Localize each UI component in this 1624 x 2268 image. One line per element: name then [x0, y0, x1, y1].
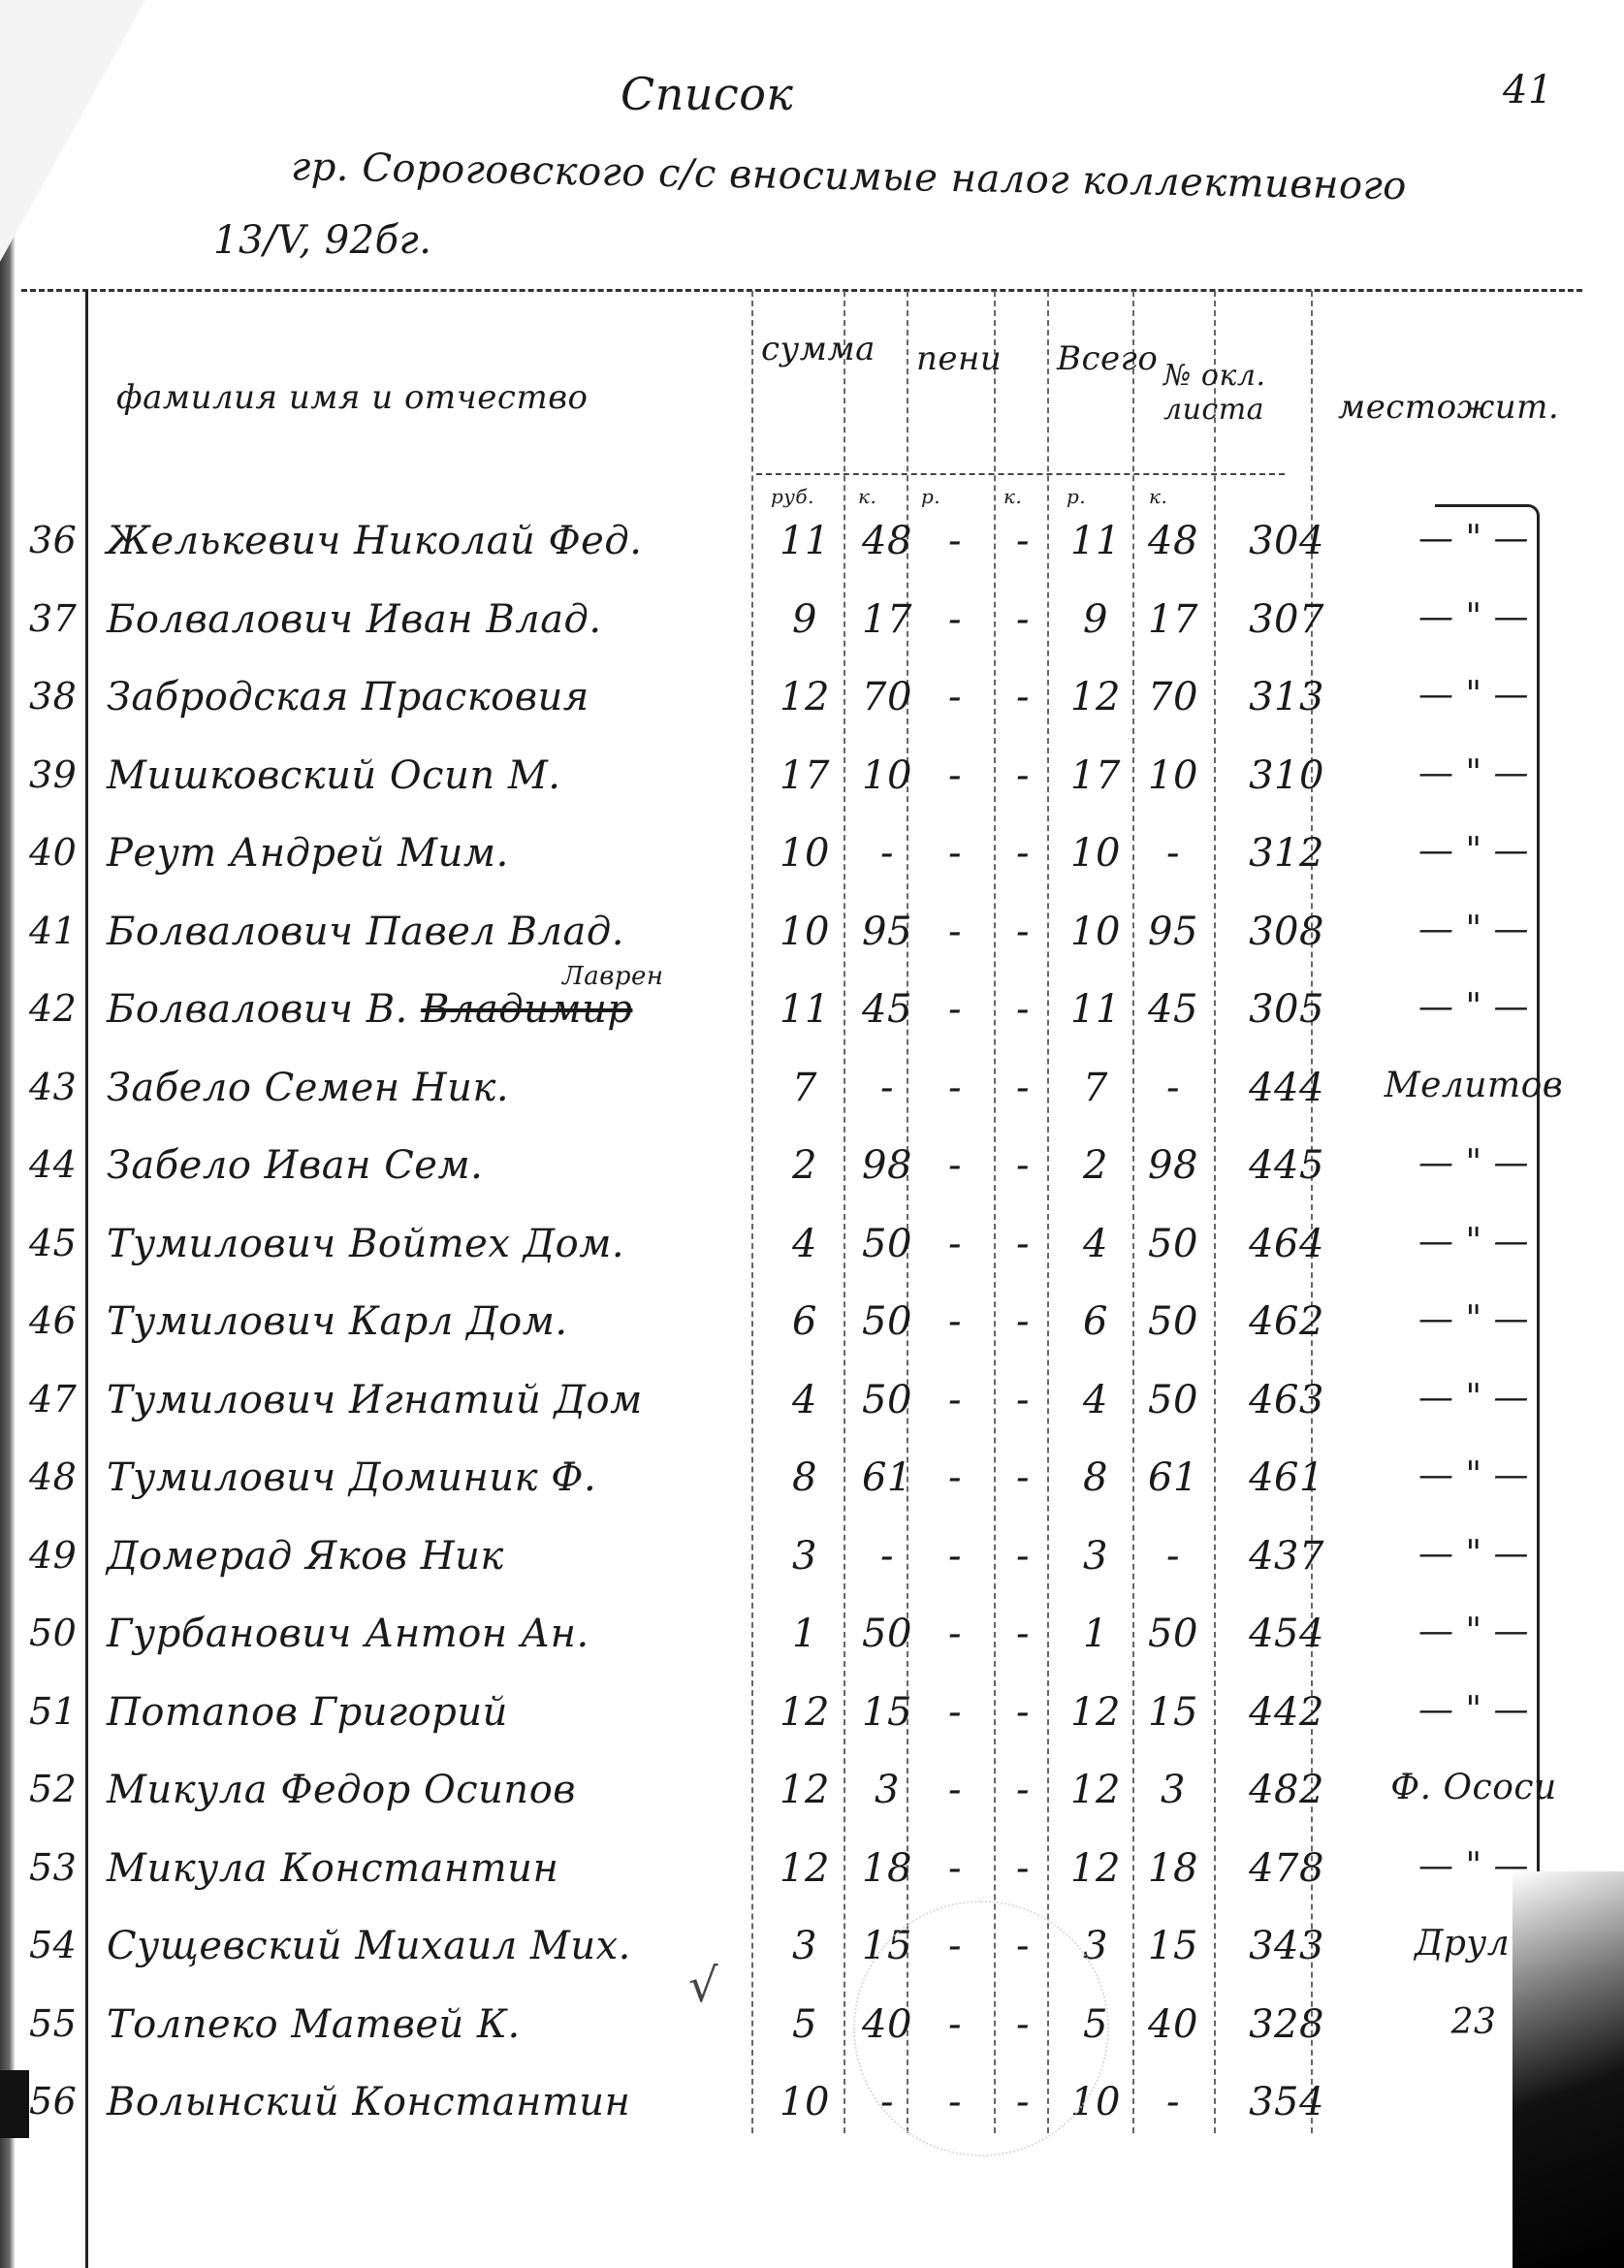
paper-fold-corner: [0, 0, 145, 262]
list-number: 313: [1224, 675, 1350, 719]
penalty-kopecks: -: [999, 1768, 1047, 1812]
sum-rubles: 11: [776, 987, 834, 1032]
penalty-rubles: -: [926, 1143, 984, 1188]
person-name-text: Болвалович В.: [107, 987, 408, 1032]
subheader-rule: [756, 473, 1285, 475]
table-row: 55Толпеко Матвей К.540--54032823: [0, 2002, 1624, 2080]
row-number: 56: [29, 2080, 77, 2123]
total-rubles: 3: [1067, 1534, 1125, 1579]
total-rubles: 11: [1067, 519, 1125, 563]
list-number: 461: [1224, 1455, 1350, 1500]
person-name: Тумилович Доминик Ф.: [107, 1455, 596, 1500]
list-number: 307: [1224, 597, 1350, 642]
sum-rubles: 6: [776, 1299, 834, 1344]
table-row: 42Болвалович В. ВладимирЛаврен1145--1145…: [0, 987, 1624, 1065]
penalty-kopecks: -: [999, 987, 1047, 1032]
total-rubles: 12: [1067, 675, 1125, 719]
total-rubles: 4: [1067, 1378, 1125, 1422]
column-header-list-no: № окл. листа: [1163, 359, 1309, 427]
sum-kopecks: 3: [853, 1768, 921, 1812]
person-name: Тумилович Игнатий Дом: [107, 1378, 643, 1422]
penalty-rubles: -: [926, 1534, 984, 1579]
struck-name: Владимир: [421, 987, 632, 1032]
scan-shadow: [1513, 1871, 1624, 2268]
penalty-kopecks: -: [999, 1222, 1047, 1266]
row-number: 38: [29, 675, 77, 718]
residence: — " —: [1353, 1299, 1595, 1339]
sum-rubles: 8: [776, 1455, 834, 1500]
subheader-kop: к.: [1149, 485, 1167, 508]
penalty-kopecks: -: [999, 1143, 1047, 1188]
person-name: Микула Константин: [107, 1846, 558, 1891]
residence: — " —: [1353, 831, 1595, 871]
sum-kopecks: 18: [853, 1846, 921, 1891]
list-number: 305: [1224, 987, 1350, 1032]
table-row: 45Тумилович Войтех Дом.450--450464— " —: [0, 1222, 1624, 1299]
table-row: 43Забело Семен Ник.7---7-444Мелитов: [0, 1066, 1624, 1143]
list-number: 463: [1224, 1378, 1350, 1422]
table-row: 54Сущевский Михаил Мих.315--315343Друли: [0, 1924, 1624, 2001]
sum-kopecks: 95: [853, 910, 921, 954]
sum-rubles: 12: [776, 675, 834, 719]
sum-rubles: 12: [776, 1690, 834, 1735]
row-number: 54: [29, 1924, 77, 1966]
total-kopecks: -: [1144, 831, 1202, 876]
penalty-rubles: -: [926, 1690, 984, 1735]
list-number: 328: [1224, 2002, 1350, 2047]
total-rubles: 2: [1067, 1143, 1125, 1188]
row-number: 52: [29, 1768, 77, 1810]
penalty-rubles: -: [926, 1299, 984, 1344]
penalty-kopecks: -: [999, 1378, 1047, 1422]
person-name: Забело Иван Сем.: [107, 1143, 483, 1188]
penalty-kopecks: -: [999, 831, 1047, 876]
total-rubles: 10: [1067, 910, 1125, 954]
person-name: Желькевич Николай Фед.: [107, 519, 642, 563]
total-rubles: 4: [1067, 1222, 1125, 1266]
residence: — " —: [1353, 519, 1595, 559]
penalty-rubles: -: [926, 831, 984, 876]
subheader-rub: р.: [1067, 485, 1086, 508]
person-name: Болвалович Иван Влад.: [107, 597, 602, 642]
sum-rubles: 4: [776, 1222, 834, 1266]
residence: — " —: [1353, 1612, 1595, 1651]
row-number: 37: [29, 597, 77, 640]
person-name: Потапов Григорий: [107, 1690, 508, 1735]
list-number: 442: [1224, 1690, 1350, 1735]
penalty-kopecks: -: [999, 675, 1047, 719]
sum-rubles: 3: [776, 1534, 834, 1579]
residence: — " —: [1353, 753, 1595, 793]
table-row: 52Микула Федор Осипов123--123482Ф. Ососи: [0, 1768, 1624, 1845]
sum-kopecks: 98: [853, 1143, 921, 1188]
table-row: 48Тумилович Доминик Ф.861--861461— " —: [0, 1455, 1624, 1533]
table-row: 47Тумилович Игнатий Дом450--450463— " —: [0, 1378, 1624, 1455]
sum-kopecks: 15: [853, 1690, 921, 1735]
list-number: 478: [1224, 1846, 1350, 1891]
row-number: 53: [29, 1846, 77, 1889]
sum-rubles: 17: [776, 753, 834, 798]
residence: — " —: [1353, 675, 1595, 715]
table-row: 51Потапов Григорий1215--1215442— " —: [0, 1690, 1624, 1768]
sum-rubles: 12: [776, 1846, 834, 1891]
penalty-rubles: -: [926, 1612, 984, 1656]
sum-kopecks: 50: [853, 1299, 921, 1344]
total-kopecks: 17: [1144, 597, 1202, 642]
column-header-name: фамилия имя и отчество: [116, 378, 588, 417]
penalty-kopecks: -: [999, 1066, 1047, 1110]
list-number: 343: [1224, 1924, 1350, 1968]
total-kopecks: 15: [1144, 1690, 1202, 1735]
total-kopecks: 48: [1144, 519, 1202, 563]
total-rubles: 7: [1067, 1066, 1125, 1110]
residence: — " —: [1353, 910, 1595, 949]
list-number: 445: [1224, 1143, 1350, 1188]
total-kopecks: 10: [1144, 753, 1202, 798]
row-number: 46: [29, 1299, 77, 1342]
sum-rubles: 12: [776, 1768, 834, 1812]
penalty-rubles: -: [926, 519, 984, 563]
sum-kopecks: 10: [853, 753, 921, 798]
residence: — " —: [1353, 597, 1595, 637]
penalty-rubles: -: [926, 1846, 984, 1891]
penalty-kopecks: -: [999, 1455, 1047, 1500]
total-kopecks: -: [1144, 1066, 1202, 1110]
row-number: 50: [29, 1612, 77, 1654]
person-name: Микула Федор Осипов: [107, 1768, 576, 1812]
sum-kopecks: 61: [853, 1455, 921, 1500]
total-rubles: 6: [1067, 1299, 1125, 1344]
list-number: 444: [1224, 1066, 1350, 1110]
residence: — " —: [1353, 1143, 1595, 1183]
penalty-rubles: -: [926, 1378, 984, 1422]
column-header-penalty: пени: [916, 339, 1002, 378]
residence: Ф. Ососи: [1353, 1768, 1595, 1807]
residence: — " —: [1353, 1222, 1595, 1262]
penalty-rubles: -: [926, 910, 984, 954]
residence: — " —: [1353, 1378, 1595, 1418]
table-row: 36Желькевич Николай Фед.1148--1148304— "…: [0, 519, 1624, 596]
penalty-kopecks: -: [999, 910, 1047, 954]
total-rubles: 9: [1067, 597, 1125, 642]
penalty-kopecks: -: [999, 1690, 1047, 1735]
total-kopecks: 50: [1144, 1378, 1202, 1422]
penalty-kopecks: -: [999, 753, 1047, 798]
penalty-rubles: -: [926, 987, 984, 1032]
residence: — " —: [1353, 987, 1595, 1027]
person-name: Гурбанович Антон Ан.: [107, 1612, 589, 1656]
sum-kopecks: 48: [853, 519, 921, 563]
penalty-rubles: -: [926, 1768, 984, 1812]
penalty-rubles: -: [926, 753, 984, 798]
table-row: 44Забело Иван Сем.298--298445— " —: [0, 1143, 1624, 1221]
sum-rubles: 11: [776, 519, 834, 563]
check-mark: √: [688, 1959, 718, 2013]
total-rubles: 12: [1067, 1768, 1125, 1812]
row-number: 41: [29, 910, 77, 952]
row-number: 49: [29, 1534, 77, 1577]
table-row: 38Забродская Прасковия1270--1270313— " —: [0, 675, 1624, 752]
penalty-rubles: -: [926, 1066, 984, 1110]
table-row: 40Реут Андрей Мим.10---10-312— " —: [0, 831, 1624, 909]
sum-kopecks: -: [853, 1066, 921, 1110]
list-number: 354: [1224, 2080, 1350, 2124]
sum-kopecks: -: [853, 1534, 921, 1579]
total-kopecks: 50: [1144, 1612, 1202, 1656]
total-kopecks: -: [1144, 1534, 1202, 1579]
list-number: 482: [1224, 1768, 1350, 1812]
sum-rubles: 2: [776, 1143, 834, 1188]
row-number: 55: [29, 2002, 77, 2045]
document-subtitle: гр. Сороговского с/с вносимые налог колл…: [291, 144, 1504, 210]
total-kopecks: 95: [1144, 910, 1202, 954]
document-title: Список: [621, 68, 793, 120]
residence: — " —: [1353, 1690, 1595, 1730]
page-number: 41: [1503, 68, 1553, 112]
list-number: 462: [1224, 1299, 1350, 1344]
row-number: 36: [29, 519, 77, 561]
penalty-kopecks: -: [999, 519, 1047, 563]
person-name: Тумилович Карл Дом.: [107, 1299, 568, 1344]
row-number: 47: [29, 1378, 77, 1421]
sum-kopecks: 17: [853, 597, 921, 642]
subheader-rub: р.: [921, 485, 940, 508]
sum-rubles: 10: [776, 910, 834, 954]
faded-stamp: [853, 1901, 1109, 2156]
table-row: 53Микула Константин1218--1218478— " —: [0, 1846, 1624, 1924]
total-kopecks: 50: [1144, 1222, 1202, 1266]
total-rubles: 11: [1067, 987, 1125, 1032]
column-header-sum: сумма: [761, 330, 876, 368]
row-number: 51: [29, 1690, 77, 1733]
list-number: 310: [1224, 753, 1350, 798]
person-name: Забело Семен Ник.: [107, 1066, 509, 1110]
total-rubles: 17: [1067, 753, 1125, 798]
residence: — " —: [1353, 1534, 1595, 1574]
table-row: 37Болвалович Иван Влад.917--917307— " —: [0, 597, 1624, 675]
list-number: 312: [1224, 831, 1350, 876]
penalty-kopecks: -: [999, 1612, 1047, 1656]
row-number: 44: [29, 1143, 77, 1186]
sum-rubles: 7: [776, 1066, 834, 1110]
person-name: Болвалович В. ВладимирЛаврен: [107, 987, 632, 1032]
sum-rubles: 4: [776, 1378, 834, 1422]
sum-rubles: 10: [776, 2080, 834, 2124]
sum-rubles: 1: [776, 1612, 834, 1656]
list-number: 437: [1224, 1534, 1350, 1579]
person-name: Домерад Яков Ник: [107, 1534, 504, 1579]
person-name: Толпеко Матвей К.: [107, 2002, 521, 2047]
person-name: Волынский Константин: [107, 2080, 630, 2124]
header-rule: [21, 289, 1582, 292]
total-rubles: 12: [1067, 1846, 1125, 1891]
person-name: Сущевский Михаил Мих.: [107, 1924, 631, 1968]
total-rubles: 10: [1067, 831, 1125, 876]
residence: — " —: [1353, 1455, 1595, 1495]
person-name: Тумилович Войтех Дом.: [107, 1222, 624, 1266]
name-correction: Лаврен: [562, 962, 664, 991]
sum-kopecks: 45: [853, 987, 921, 1032]
person-name: Реут Андрей Мим.: [107, 831, 509, 876]
subheader-kop: к.: [858, 485, 876, 508]
total-kopecks: 40: [1144, 2002, 1202, 2047]
penalty-rubles: -: [926, 597, 984, 642]
penalty-kopecks: -: [999, 597, 1047, 642]
total-rubles: 8: [1067, 1455, 1125, 1500]
document-date: 13/V, 92бг.: [213, 218, 431, 263]
sum-kopecks: -: [853, 831, 921, 876]
table-row: 46Тумилович Карл Дом.650--650462— " —: [0, 1299, 1624, 1377]
subheader-kop: к.: [1003, 485, 1022, 508]
person-name: Забродская Прасковия: [107, 675, 589, 719]
sum-rubles: 5: [776, 2002, 834, 2047]
column-header-total: Всего: [1057, 339, 1158, 378]
list-number: 464: [1224, 1222, 1350, 1266]
penalty-kopecks: -: [999, 1534, 1047, 1579]
sum-kopecks: 50: [853, 1612, 921, 1656]
table-row: 49Домерад Яков Ник3---3-437— " —: [0, 1534, 1624, 1612]
table-row: 41Болвалович Павел Влад.1095--1095308— "…: [0, 910, 1624, 987]
sum-kopecks: 50: [853, 1222, 921, 1266]
sum-rubles: 9: [776, 597, 834, 642]
penalty-rubles: -: [926, 1455, 984, 1500]
row-number: 43: [29, 1066, 77, 1108]
list-number: 304: [1224, 519, 1350, 563]
person-name: Болвалович Павел Влад.: [107, 910, 624, 954]
table-row: 50Гурбанович Антон Ан.150--150454— " —: [0, 1612, 1624, 1689]
sum-kopecks: 50: [853, 1378, 921, 1422]
total-kopecks: 61: [1144, 1455, 1202, 1500]
column-header-location: местожит.: [1338, 388, 1559, 427]
row-number: 40: [29, 831, 77, 874]
penalty-kopecks: -: [999, 1846, 1047, 1891]
total-kopecks: 15: [1144, 1924, 1202, 1968]
total-kopecks: 18: [1144, 1846, 1202, 1891]
row-number: 42: [29, 987, 77, 1030]
total-kopecks: -: [1144, 2080, 1202, 2124]
row-number: 45: [29, 1222, 77, 1264]
penalty-rubles: -: [926, 1222, 984, 1266]
scan-shadow: [0, 2070, 29, 2138]
total-kopecks: 45: [1144, 987, 1202, 1032]
total-kopecks: 50: [1144, 1299, 1202, 1344]
total-rubles: 12: [1067, 1690, 1125, 1735]
residence: Мелитов: [1353, 1066, 1595, 1105]
sum-rubles: 10: [776, 831, 834, 876]
list-number: 308: [1224, 910, 1350, 954]
total-kopecks: 70: [1144, 675, 1202, 719]
row-number: 48: [29, 1455, 77, 1498]
sum-kopecks: 70: [853, 675, 921, 719]
table-row: 39Мишковский Осип М.1710--1710310— " —: [0, 753, 1624, 831]
subheader-rub: руб.: [771, 485, 814, 508]
total-kopecks: 98: [1144, 1143, 1202, 1188]
person-name: Мишковский Осип М.: [107, 753, 561, 798]
table-row: 56Волынский Константин10---10-354: [0, 2080, 1624, 2157]
sum-rubles: 3: [776, 1924, 834, 1968]
list-number: 454: [1224, 1612, 1350, 1656]
row-number: 39: [29, 753, 77, 796]
penalty-kopecks: -: [999, 1299, 1047, 1344]
total-kopecks: 3: [1144, 1768, 1202, 1812]
penalty-rubles: -: [926, 675, 984, 719]
total-rubles: 1: [1067, 1612, 1125, 1656]
